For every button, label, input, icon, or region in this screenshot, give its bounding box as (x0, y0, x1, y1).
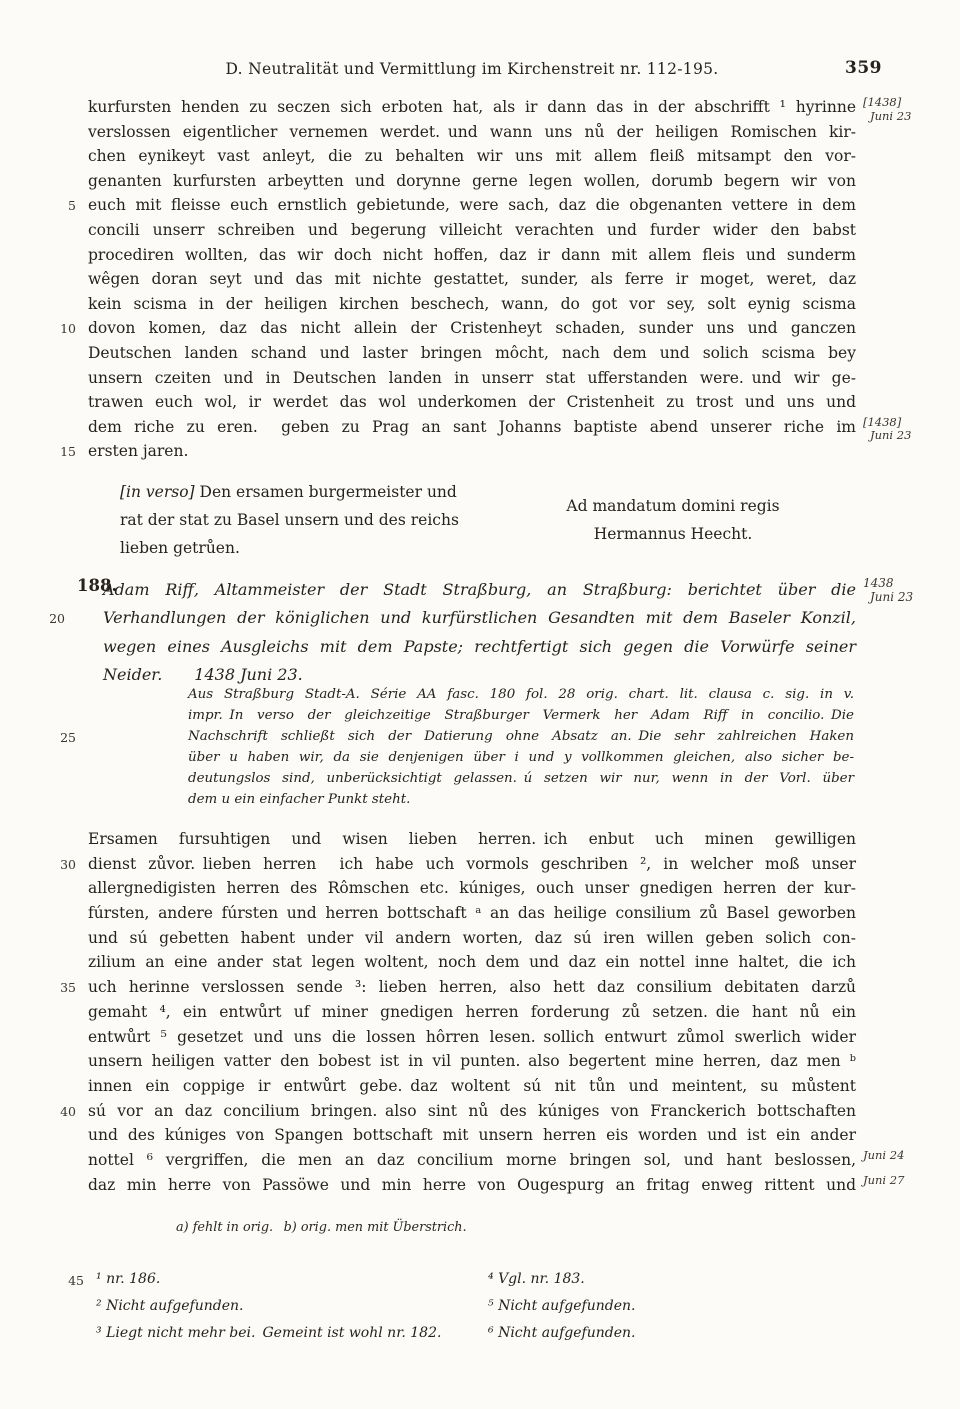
text-line-row: kurfursten henden zu seczen sich erboten… (88, 95, 856, 120)
source-line-row: Aus Straßburg Stadt-A. Série AA fasc. 18… (188, 684, 854, 705)
footnote-row: ⁵ Nicht aufgefunden. (488, 1293, 856, 1320)
heading-line-row: Adam Riff, Altammeister der Stadt Straßb… (77, 576, 856, 604)
body-line-row: und sú gebetten habent under vil andern … (88, 926, 856, 951)
text-line-row: concili unserr schreiben und begerung vi… (88, 218, 856, 243)
source-line: Aus Straßburg Stadt-A. Série AA fasc. 18… (188, 684, 854, 705)
footnote-row: ³ Liegt nicht mehr bei. Gemeint ist wohl… (96, 1320, 476, 1347)
source-line-row: 25 Nachschrift schließt sich der Datieru… (188, 726, 854, 747)
verso-intro: [in verso] (120, 483, 195, 501)
heading-line: Adam Riff, Altammeister der Stadt Straßb… (77, 576, 856, 604)
text-line: zilium an eine ander stat legen woltent,… (88, 950, 856, 975)
footnote-column-right: ⁴ Vgl. nr. 183. ⁵ Nicht aufgefunden. ⁶ N… (488, 1266, 856, 1347)
margin-date-note: 1438Juni 23 (863, 577, 943, 604)
margin-date-year: [1438] (863, 95, 901, 109)
source-line-row: deutungslos sind, unberücksichtigt gelas… (188, 768, 854, 789)
text-line: allergnedigisten herren des Rômschen etc… (88, 876, 856, 901)
text-line: procediren wollten, das wir doch nicht h… (88, 243, 856, 268)
doc-187-paragraph: kurfursten henden zu seczen sich erboten… (88, 95, 856, 464)
footnote-text: ⁶ Nicht aufgefunden. (488, 1320, 856, 1347)
line-number: 40 (46, 1100, 76, 1125)
line-number: 30 (46, 853, 76, 878)
text-line: ersten jaren. (88, 439, 856, 464)
body-line-row: zilium an eine ander stat legen woltent,… (88, 950, 856, 975)
text-line: concili unserr schreiben und begerung vi… (88, 218, 856, 243)
body-line-row: nottel ⁶ vergriffen, die men an daz conc… (88, 1148, 856, 1173)
text-line: dem riche zu eren. geben zu Prag an sant… (88, 415, 856, 440)
text-line: Deutschen landen schand und laster bring… (88, 341, 856, 366)
doc-188-number: 188. (77, 576, 117, 595)
footnote-text: ³ Liegt nicht mehr bei. Gemeint ist wohl… (96, 1320, 476, 1347)
line-number: 15 (46, 440, 76, 465)
text-line-row: 5 euch mit fleisse euch ernstlich gebiet… (88, 193, 856, 218)
body-line-row: entwůrt ⁵ gesetzet und uns die lossen hô… (88, 1025, 856, 1050)
source-line-row: impr. In verso der gleichzeitige Straßbu… (188, 705, 854, 726)
page-number: 359 (845, 58, 882, 78)
body-line-row: daz min herre von Passöwe und min herre … (88, 1173, 856, 1198)
text-line: kein scisma in der heiligen kirchen besc… (88, 292, 856, 317)
text-line-row: verslossen eigentlicher vernemen werdet.… (88, 120, 856, 145)
heading-line-row: wegen eines Ausgleichs mit dem Papste; r… (77, 633, 856, 661)
text-line: trawen euch wol, ir werdet das wol under… (88, 390, 856, 415)
text-line: dienst zůvor. lieben herren ich habe uch… (88, 852, 856, 877)
text-line: wêgen doran seyt und das mit nichte gest… (88, 267, 856, 292)
body-line-row: innen ein coppige ir entwůrt gebe. daz w… (88, 1074, 856, 1099)
header-title: D. Neutralität und Vermittlung im Kirche… (88, 60, 856, 78)
source-line: über u haben wir, da sie denjenigen über… (188, 747, 854, 768)
text-line-row: procediren wollten, das wir doch nicht h… (88, 243, 856, 268)
running-header: D. Neutralität und Vermittlung im Kirche… (88, 60, 856, 78)
line-number: 25 (46, 727, 76, 748)
doc-188-letter-body: Ersamen fursuhtigen und wisen lieben her… (88, 827, 856, 1197)
source-line: impr. In verso der gleichzeitige Straßbu… (188, 705, 854, 726)
margin-date-note: Juni 24 (863, 1149, 943, 1163)
text-line: gemaht ⁴, ein entwůrt uf miner gnedigen … (88, 1000, 856, 1025)
doc-188-heading: 188. Adam Riff, Altammeister der Stadt S… (77, 576, 856, 690)
text-line-row: Deutschen landen schand und laster bring… (88, 341, 856, 366)
verso-address: [in verso] Den ersamen burgermeister und… (120, 478, 520, 562)
body-line-row: gemaht ⁴, ein entwůrt uf miner gnedigen … (88, 1000, 856, 1025)
text-line: uch herinne verslossen sende ³: lieben h… (88, 975, 856, 1000)
margin-date-year: [1438] (863, 415, 901, 429)
line-number: 5 (46, 194, 76, 219)
source-line: Nachschrift schließt sich der Datierung … (188, 726, 854, 747)
text-line-row: 10 dovon komen, daz das nicht allein der… (88, 316, 856, 341)
footnote-row: ⁴ Vgl. nr. 183. (488, 1266, 856, 1293)
text-line-row: dem riche zu eren. geben zu Prag an sant… (88, 415, 856, 440)
source-line-row: über u haben wir, da sie denjenigen über… (188, 747, 854, 768)
margin-date-day: Juni 23 (863, 110, 943, 124)
margin-date-note: [1438]Juni 23 (863, 416, 943, 443)
text-line: verslossen eigentlicher vernemen werdet.… (88, 120, 856, 145)
verso-line: rat der stat zu Basel unsern und des rei… (120, 506, 520, 534)
footnote-text: ⁵ Nicht aufgefunden. (488, 1293, 856, 1320)
text-line-row: unsern czeiten und in Deutschen landen i… (88, 366, 856, 391)
source-description-note: Aus Straßburg Stadt-A. Série AA fasc. 18… (188, 684, 854, 811)
body-line-row: 40 sú vor an daz concilium bringen. also… (88, 1099, 856, 1124)
text-line-row: kein scisma in der heiligen kirchen besc… (88, 292, 856, 317)
verso-and-mandate-block: [in verso] Den ersamen burgermeister und… (88, 478, 856, 562)
text-line-row: chen eynikeyt vast anleyt, die zu behalt… (88, 144, 856, 169)
footnote-row: ⁶ Nicht aufgefunden. (488, 1320, 856, 1347)
margin-date-day: Juni 23 (863, 591, 943, 605)
text-line: unsern czeiten und in Deutschen landen i… (88, 366, 856, 391)
body-line-row: 30 dienst zůvor. lieben herren ich habe … (88, 852, 856, 877)
text-line: Ersamen fursuhtigen und wisen lieben her… (88, 827, 856, 852)
margin-date-day: Juni 23 (863, 429, 943, 443)
apparatus-note: a) fehlt in orig. b) orig. men mit Übers… (176, 1220, 467, 1235)
body-line-row: fúrsten, andere fúrsten und herren botts… (88, 901, 856, 926)
text-line: daz min herre von Passöwe und min herre … (88, 1173, 856, 1198)
footnote-text: ² Nicht aufgefunden. (96, 1293, 476, 1320)
line-number: 45 (54, 1267, 84, 1294)
margin-date: Juni 24 (863, 1148, 904, 1162)
chancery-line: Hermannus Heecht. (518, 520, 828, 548)
body-line-row: unsern heiligen vatter den bobest ist in… (88, 1049, 856, 1074)
line-number: 20 (35, 605, 65, 633)
body-line-row: und des kúniges von Spangen bottschaft m… (88, 1123, 856, 1148)
verso-line-text: Den ersamen burgermeister und (200, 483, 457, 501)
chancery-note: Ad mandatum domini regis Hermannus Heech… (518, 492, 828, 548)
line-number: 10 (46, 317, 76, 342)
text-line: und des kúniges von Spangen bottschaft m… (88, 1123, 856, 1148)
margin-date-note: [1438]Juni 23 (863, 96, 943, 123)
verso-line: lieben getrůen. (120, 534, 520, 562)
text-line-row: wêgen doran seyt und das mit nichte gest… (88, 267, 856, 292)
text-line: fúrsten, andere fúrsten und herren botts… (88, 901, 856, 926)
text-line: unsern heiligen vatter den bobest ist in… (88, 1049, 856, 1074)
heading-line: wegen eines Ausgleichs mit dem Papste; r… (77, 633, 856, 661)
verso-line: [in verso] Den ersamen burgermeister und (120, 478, 520, 506)
footnote-text: ⁴ Vgl. nr. 183. (488, 1266, 856, 1293)
source-line-row: dem u ein einfacher Punkt steht. (188, 789, 854, 810)
margin-date: Juni 27 (863, 1173, 904, 1187)
text-line-row: trawen euch wol, ir werdet das wol under… (88, 390, 856, 415)
heading-line-row: 20 Verhandlungen der königlichen und kur… (77, 604, 856, 632)
footnote-row: ² Nicht aufgefunden. (96, 1293, 476, 1320)
body-line-row: Ersamen fursuhtigen und wisen lieben her… (88, 827, 856, 852)
text-line: nottel ⁶ vergriffen, die men an daz conc… (88, 1148, 856, 1173)
margin-date-note: Juni 27 (863, 1174, 943, 1188)
line-number: 35 (46, 976, 76, 1001)
scanned-book-page: D. Neutralität und Vermittlung im Kirche… (0, 0, 960, 1409)
text-line: chen eynikeyt vast anleyt, die zu behalt… (88, 144, 856, 169)
footnote-column-left: 45 ¹ nr. 186. ² Nicht aufgefunden. ³ Lie… (96, 1266, 476, 1347)
text-line: kurfursten henden zu seczen sich erboten… (88, 95, 856, 120)
heading-line: Verhandlungen der königlichen und kurfür… (77, 604, 856, 632)
text-line: innen ein coppige ir entwůrt gebe. daz w… (88, 1074, 856, 1099)
text-line: euch mit fleisse euch ernstlich gebietun… (88, 193, 856, 218)
text-line: und sú gebetten habent under vil andern … (88, 926, 856, 951)
footnote-row: 45 ¹ nr. 186. (96, 1266, 476, 1293)
text-line: genanten kurfursten arbeytten und dorynn… (88, 169, 856, 194)
text-line-row: 15 ersten jaren. (88, 439, 856, 464)
body-line-row: 35 uch herinne verslossen sende ³: liebe… (88, 975, 856, 1000)
chancery-line: Ad mandatum domini regis (518, 492, 828, 520)
body-line-row: allergnedigisten herren des Rômschen etc… (88, 876, 856, 901)
source-line: deutungslos sind, unberücksichtigt gelas… (188, 768, 854, 789)
text-line: entwůrt ⁵ gesetzet und uns die lossen hô… (88, 1025, 856, 1050)
footnote-text: ¹ nr. 186. (96, 1266, 476, 1293)
text-line: dovon komen, daz das nicht allein der Cr… (88, 316, 856, 341)
source-line: dem u ein einfacher Punkt steht. (188, 789, 854, 810)
text-line-row: genanten kurfursten arbeytten und dorynn… (88, 169, 856, 194)
margin-date-year: 1438 (863, 576, 894, 590)
text-line: sú vor an daz concilium bringen. also si… (88, 1099, 856, 1124)
